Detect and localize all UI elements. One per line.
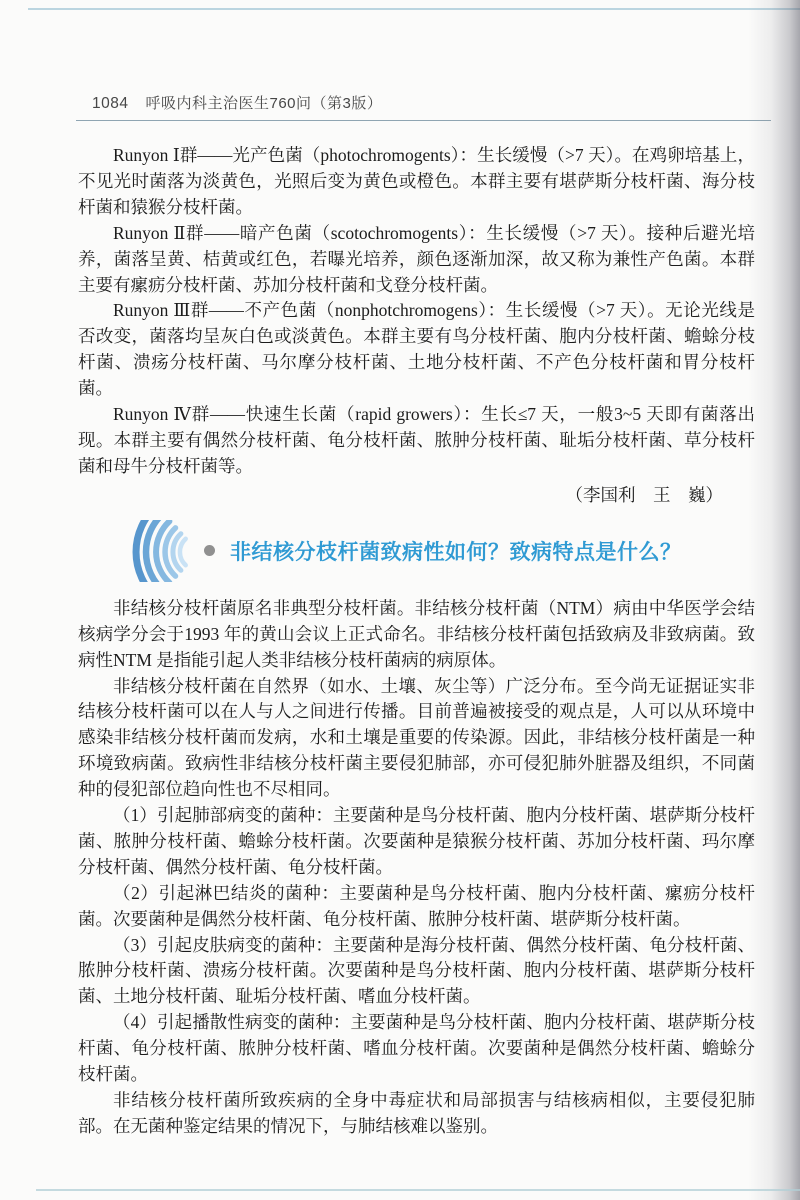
answer-paragraph-2: 非结核分枝杆菌在自然界（如水、土壤、灰尘等）广泛分布。至今尚无证据证实非结核分枝…: [78, 674, 755, 804]
answer-paragraph-4: （2）引起淋巴结炎的菌种：主要菌种是鸟分枝杆菌、胞内分枝杆菌、瘰疬分枝杆菌。次要…: [78, 881, 755, 933]
question-title: 非结核分枝杆菌致病性如何？致病特点是什么？: [230, 536, 682, 566]
scan-edge-line-bottom: [36, 1189, 800, 1191]
authors-signature: （李国利 王 巍）: [78, 482, 755, 508]
scan-edge-line-top: [28, 8, 800, 10]
book-title: 呼吸内科主治医生760问（第3版）: [145, 92, 382, 113]
answer-paragraph-3: （1）引起肺部病变的菌种：主要菌种是鸟分枝杆菌、胞内分枝杆菌、堪萨斯分枝杆菌、脓…: [78, 803, 755, 881]
answer-paragraph-7: 非结核分枝杆菌所致疾病的全身中毒症状和局部损害与结核病相似，主要侵犯肺部。在无菌…: [78, 1088, 755, 1140]
book-page-scan: 1084 呼吸内科主治医生760问（第3版） Runyon Ⅰ群——光产色菌（p…: [0, 0, 800, 1200]
runyon-paragraph-4: Runyon Ⅳ群——快速生长菌（rapid growers）：生长≤7 天，一…: [78, 402, 755, 480]
runyon-paragraph-1: Runyon Ⅰ群——光产色菌（photochromogents）：生长缓慢（>…: [78, 143, 755, 221]
sound-wave-icon: [114, 520, 190, 582]
page-number: 1084: [92, 95, 128, 113]
header-rule: [76, 120, 771, 121]
runyon-paragraph-3: Runyon Ⅲ群——不产色菌（nonphotchromogens）：生长缓慢（…: [78, 298, 755, 402]
runyon-section: Runyon Ⅰ群——光产色菌（photochromogents）：生长缓慢（>…: [78, 143, 755, 508]
runyon-paragraph-2: Runyon Ⅱ群——暗产色菌（scotochromogents）：生长缓慢（>…: [78, 221, 755, 299]
answer-paragraph-6: （4）引起播散性病变的菌种：主要菌种是鸟分枝杆菌、胞内分枝杆菌、堪萨斯分枝杆菌、…: [78, 1010, 755, 1088]
page-curl-shadow: [748, 0, 800, 1200]
answer-paragraph-5: （3）引起皮肤病变的菌种：主要菌种是海分枝杆菌、偶然分枝杆菌、龟分枝杆菌、脓肿分…: [78, 933, 755, 1011]
answer-section: 非结核分枝杆菌原名非典型分枝杆菌。非结核分枝杆菌（NTM）病由中华医学会结核病学…: [78, 596, 755, 1140]
running-header: 1084 呼吸内科主治医生760问（第3版）: [78, 92, 755, 113]
bullet-dot-icon: [204, 545, 215, 556]
answer-paragraph-1: 非结核分枝杆菌原名非典型分枝杆菌。非结核分枝杆菌（NTM）病由中华医学会结核病学…: [78, 596, 755, 674]
question-heading: 非结核分枝杆菌致病性如何？致病特点是什么？: [78, 520, 755, 582]
page-content: 1084 呼吸内科主治医生760问（第3版） Runyon Ⅰ群——光产色菌（p…: [78, 92, 755, 1140]
